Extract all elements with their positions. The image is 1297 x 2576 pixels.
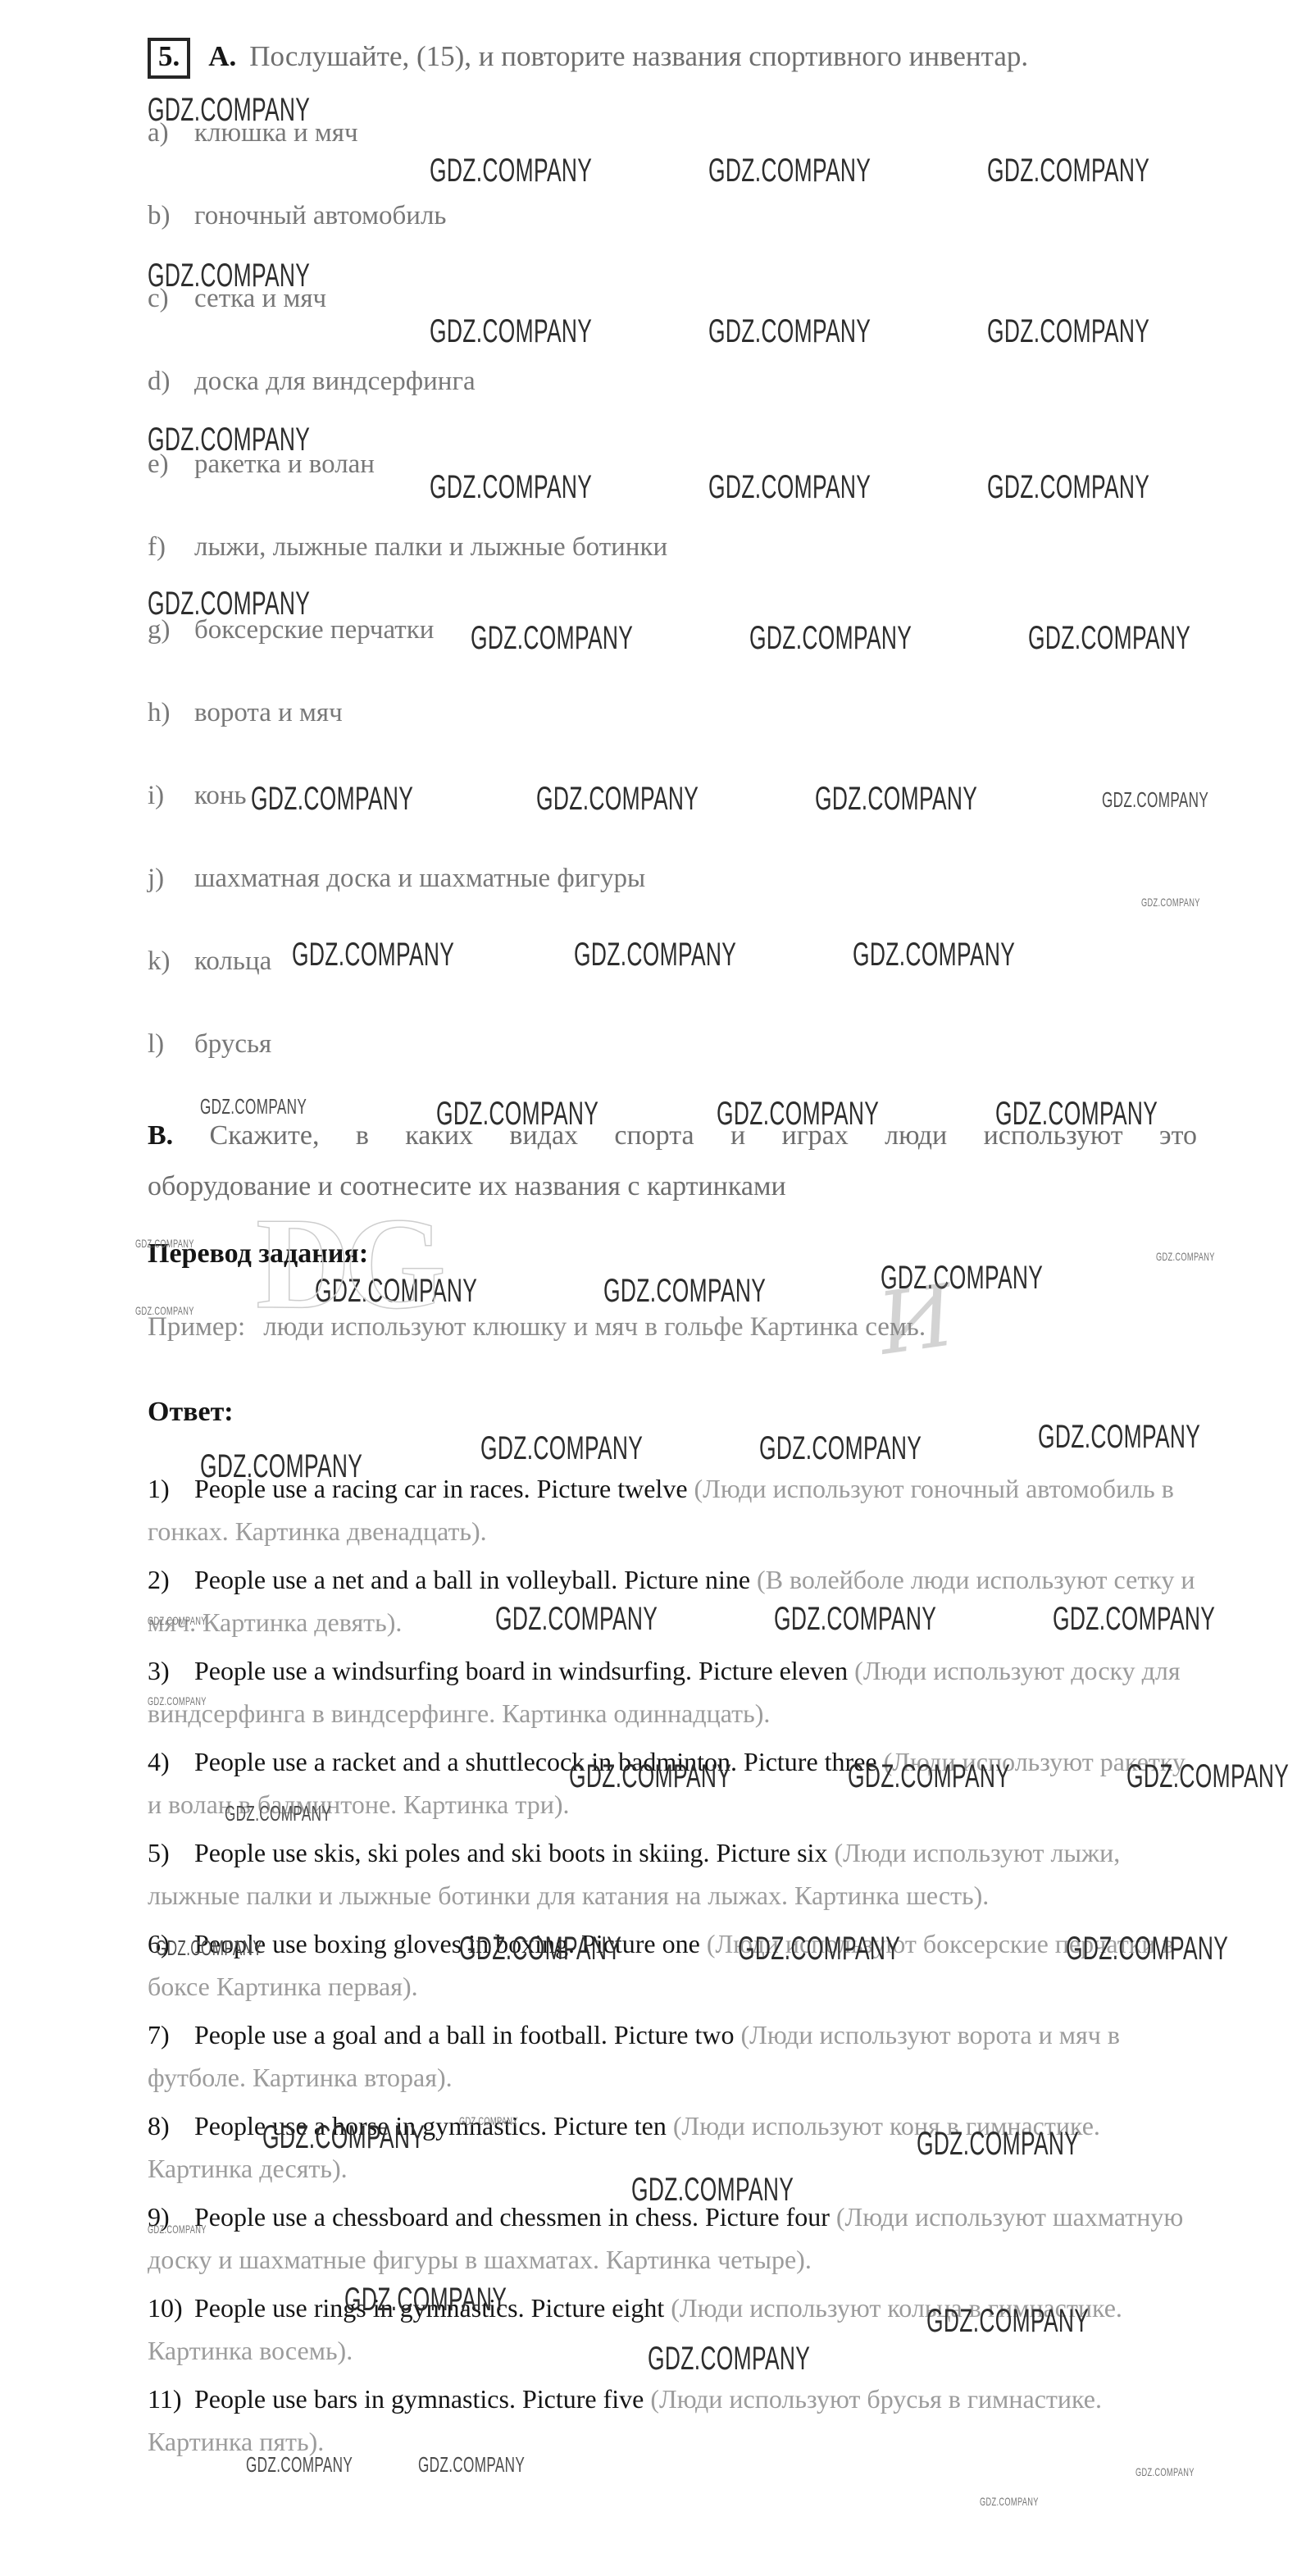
watermark-text: GDZ.COMPANY xyxy=(1135,2465,1195,2478)
list-item: e)ракетка и волан xyxy=(148,448,1192,481)
answer-number: 11) xyxy=(148,2378,194,2420)
list-item-text: сетка и мяч xyxy=(194,284,326,313)
translation-heading: Перевод задания: xyxy=(148,1238,1192,1270)
list-item: i)конь xyxy=(148,779,1192,812)
watermark-text: GDZ.COMPANY xyxy=(980,2495,1039,2508)
list-item-text: брусья xyxy=(194,1029,271,1059)
answer-item: 2)People use a net and a ball in volleyb… xyxy=(148,1558,1202,1644)
answer-item: 8)People use a horse in gymnastics. Pict… xyxy=(148,2104,1202,2190)
list-item-letter: a) xyxy=(148,116,194,149)
exercise-number: 5. xyxy=(148,38,190,79)
list-item-text: клюшка и мяч xyxy=(194,118,358,148)
answer-item: 9)People use a chessboard and chessmen i… xyxy=(148,2195,1202,2281)
list-item: b)гоночный автомобиль xyxy=(148,199,1192,232)
list-item-letter: h) xyxy=(148,696,194,729)
list-item-text: ворота и мяч xyxy=(194,698,343,727)
answer-english: People use a windsurfing board in windsu… xyxy=(194,1656,848,1685)
answer-english: People use skis, ski poles and ski boots… xyxy=(194,1838,827,1867)
answer-number: 5) xyxy=(148,1831,194,1874)
answer-item: 7)People use a goal and a ball in footba… xyxy=(148,2013,1202,2099)
answer-number: 6) xyxy=(148,1922,194,1965)
answer-english: People use a racing car in races. Pictur… xyxy=(194,1474,688,1503)
answer-number: 8) xyxy=(148,2104,194,2147)
list-item-text: доска для виндсерфинга xyxy=(194,367,476,396)
answer-item: 5)People use skis, ski poles and ski boo… xyxy=(148,1831,1202,1917)
list-item: j)шахматная доска и шахматные фигуры xyxy=(148,862,1192,895)
watermark-text: GDZ.COMPANY xyxy=(759,1430,922,1467)
answers-list: 1)People use a racing car in races. Pict… xyxy=(148,1467,1202,2463)
list-item-letter: g) xyxy=(148,613,194,646)
list-item: h)ворота и мяч xyxy=(148,696,1192,729)
list-item: l)брусья xyxy=(148,1028,1192,1060)
answer-english: People use boxing gloves in boxing. Pict… xyxy=(194,1929,700,1958)
list-item: c)сетка и мяч xyxy=(148,282,1192,315)
answer-english: People use bars in gymnastics. Picture f… xyxy=(194,2384,644,2414)
list-item-letter: c) xyxy=(148,282,194,315)
watermark-text: GDZ.COMPANY xyxy=(315,1273,477,1310)
part-a-label: А. xyxy=(208,40,236,72)
list-item-text: гоночный автомобиль xyxy=(194,201,446,230)
answer-item: 6)People use boxing gloves in boxing. Pi… xyxy=(148,1922,1202,2008)
answer-number: 4) xyxy=(148,1740,194,1783)
answer-item: 10)People use rings in gymnastics. Pictu… xyxy=(148,2286,1202,2372)
answer-number: 9) xyxy=(148,2195,194,2238)
example-line: Пример:люди используют клюшку и мяч в го… xyxy=(148,1312,1192,1343)
answer-number: 3) xyxy=(148,1649,194,1692)
list-item-letter: f) xyxy=(148,531,194,563)
part-b-line1-text: Скажите, в каких видах спорта и играх лю… xyxy=(210,1120,1197,1151)
example-text: люди используют клюшку и мяч в гольфе Ка… xyxy=(263,1312,926,1342)
answer-item: 11)People use bars in gymnastics. Pictur… xyxy=(148,2378,1202,2463)
list-item-text: ракетка и волан xyxy=(194,449,375,479)
part-a-title: Послушайте, (15), и повторите названия с… xyxy=(249,40,1028,72)
answer-english: People use a goal and a ball in football… xyxy=(194,2020,735,2049)
answer-english: People use a racket and a shuttlecock in… xyxy=(194,1747,877,1776)
part-b-line2: оборудование и соотнесите их названия с … xyxy=(148,1161,1197,1212)
list-item-text: шахматная доска и шахматные фигуры xyxy=(194,864,645,893)
list-item-letter: j) xyxy=(148,862,194,895)
list-item: d)доска для виндсерфинга xyxy=(148,365,1192,398)
answer-item: 1)People use a racing car in races. Pict… xyxy=(148,1467,1202,1552)
part-b-task: В. Скажите, в каких видах спорта и играх… xyxy=(148,1110,1197,1212)
list-item-text: лыжи, лыжные палки и лыжные ботинки xyxy=(194,532,667,562)
list-item-letter: k) xyxy=(148,945,194,978)
list-item-letter: i) xyxy=(148,779,194,812)
list-item: k)кольца xyxy=(148,945,1192,978)
list-item-text: боксерские перчатки xyxy=(194,615,434,645)
list-item-letter: e) xyxy=(148,448,194,481)
answer-item: 4)People use a racket and a shuttlecock … xyxy=(148,1740,1202,1826)
answer-item: 3)People use a windsurfing board in wind… xyxy=(148,1649,1202,1735)
answer-number: 10) xyxy=(148,2286,194,2329)
answer-heading: Ответ: xyxy=(148,1397,1192,1428)
part-b-line1: В. Скажите, в каких видах спорта и играх… xyxy=(148,1110,1197,1161)
answer-number: 1) xyxy=(148,1467,194,1510)
part-b-label: В. xyxy=(148,1120,173,1151)
exercise-header: 5. А. Послушайте, (15), и повторите назв… xyxy=(148,38,1192,79)
answer-english: People use a chessboard and chessmen in … xyxy=(194,2202,830,2232)
list-item-letter: l) xyxy=(148,1028,194,1060)
watermark-text: GDZ.COMPANY xyxy=(480,1430,643,1467)
worksheet-page: 5. А. Послушайте, (15), и повторите назв… xyxy=(0,0,1297,2576)
answer-english: People use a horse in gymnastics. Pictur… xyxy=(194,2111,667,2141)
example-label: Пример: xyxy=(148,1312,245,1342)
list-item: g)боксерские перчатки xyxy=(148,613,1192,646)
answer-number: 7) xyxy=(148,2013,194,2056)
watermark-text: GDZ.COMPANY xyxy=(603,1273,766,1310)
list-item-letter: d) xyxy=(148,365,194,398)
equipment-list: a)клюшка и мяч b)гоночный автомобиль c)с… xyxy=(148,116,1192,1060)
list-item-letter: b) xyxy=(148,199,194,232)
list-item: f)лыжи, лыжные палки и лыжные ботинки xyxy=(148,531,1192,563)
answer-english: People use rings in gymnastics. Picture … xyxy=(194,2293,664,2323)
answer-number: 2) xyxy=(148,1558,194,1601)
list-item-text: конь xyxy=(194,781,247,810)
answer-english: People use a net and a ball in volleybal… xyxy=(194,1565,750,1594)
list-item-text: кольца xyxy=(194,946,271,976)
list-item: a)клюшка и мяч xyxy=(148,116,1192,149)
